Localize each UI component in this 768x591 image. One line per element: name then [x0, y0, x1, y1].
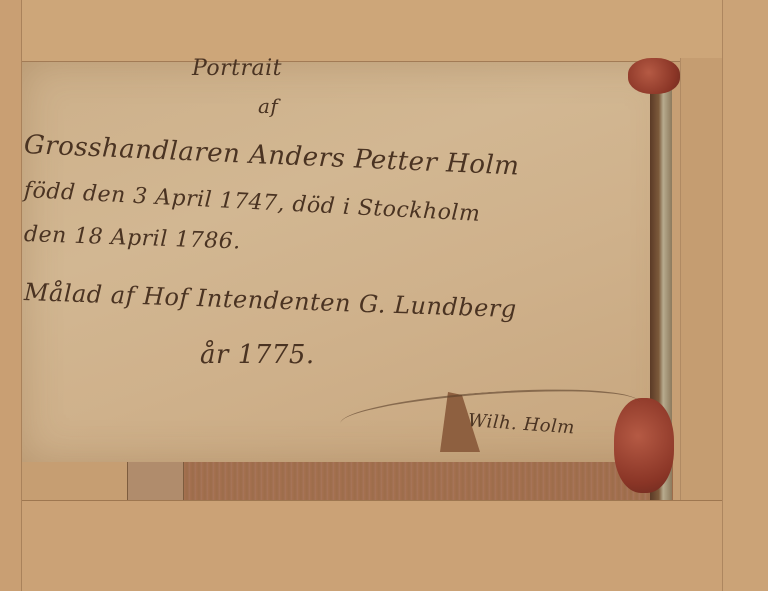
wax-seal-top — [628, 58, 680, 94]
cardboard-backing-right-inner — [680, 58, 722, 500]
cardboard-backing-top — [22, 0, 722, 62]
cardboard-backing-right — [722, 0, 768, 591]
label-year: år 1775. — [200, 340, 315, 370]
label-of: af — [258, 94, 278, 118]
cardboard-backing-left — [0, 0, 22, 591]
cardboard-backing-bottom — [22, 500, 722, 591]
label-title: Portrait — [192, 56, 282, 81]
